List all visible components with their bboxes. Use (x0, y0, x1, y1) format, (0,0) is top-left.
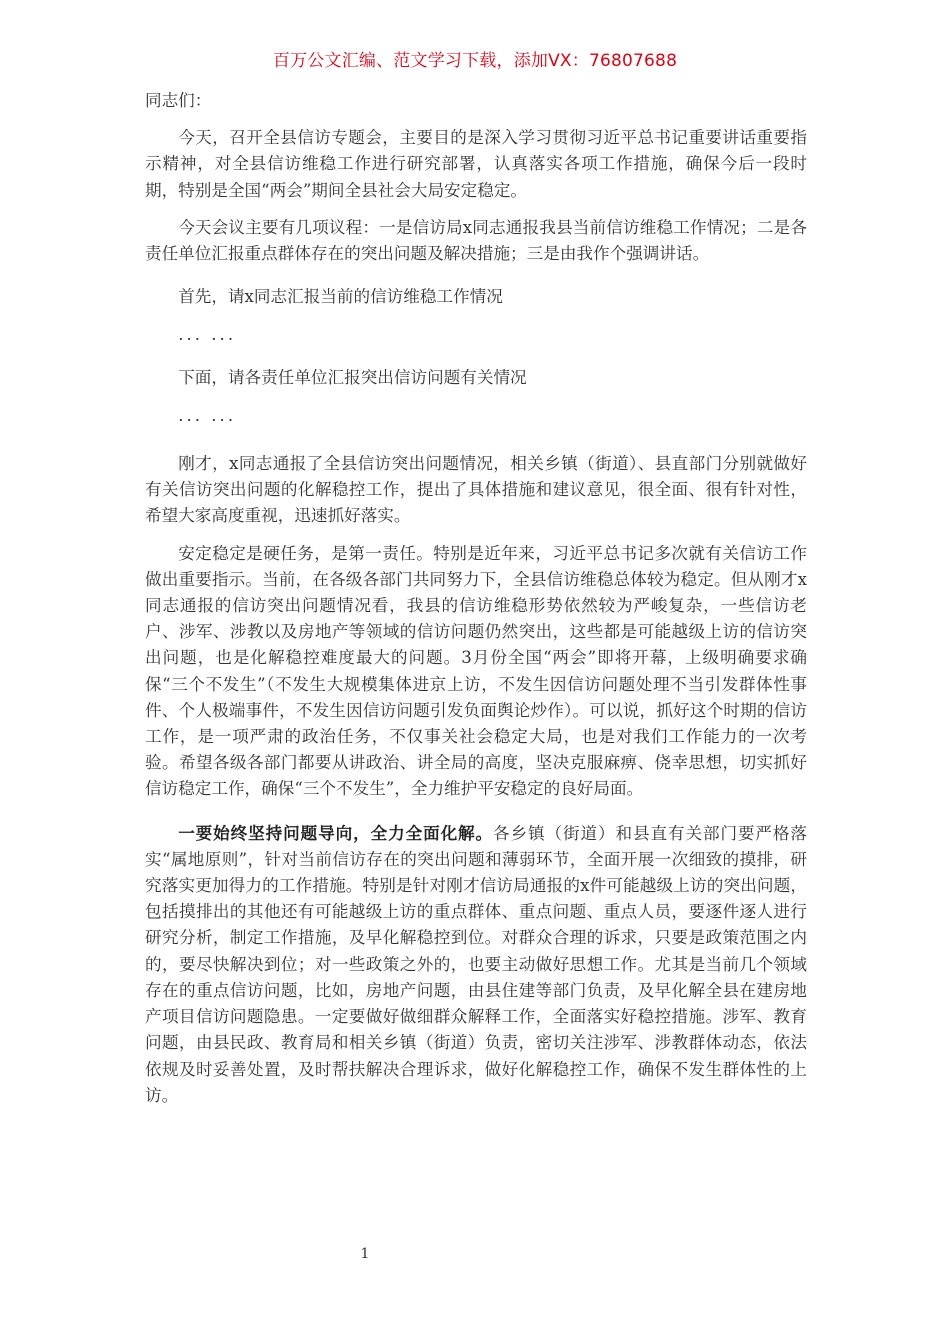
ellipsis-2: ··· ··· (145, 408, 807, 434)
paragraph-intro: 今天，召开全县信访专题会，主要目的是深入学习贯彻习近平总书记重要讲话重要指示精神… (145, 125, 807, 204)
point-1-heading: 一要始终坚持问题导向，全力全面化解。 (178, 823, 493, 843)
promo-banner: 百万公文汇编、范文学习下载，添加VX：76807688 (0, 46, 950, 71)
paragraph-next-report: 下面，请各责任单位汇报突出信访问题有关情况 (145, 365, 807, 391)
paragraph-summary: 刚才，x同志通报了全县信访突出问题情况，相关乡镇（街道）、县直部门分别就做好有关… (145, 451, 807, 530)
ellipsis-1: ··· ··· (145, 327, 807, 353)
page-number: 1 (360, 1246, 370, 1262)
paragraph-first-report: 首先，请x同志汇报当前的信访维稳工作情况 (145, 284, 807, 310)
paragraph-stability: 安定稳定是硬任务，是第一责任。特别是近年来，习近平总书记多次就有关信访工作做出重… (145, 541, 807, 803)
salutation: 同志们： (145, 88, 807, 114)
paragraph-agenda: 今天会议主要有几项议程：一是信访局x同志通报我县当前信访维稳工作情况；二是各责任… (145, 215, 807, 267)
document-page: 百万公文汇编、范文学习下载，添加VX：76807688 同志们： 今天，召开全县… (0, 0, 950, 1344)
document-body: 同志们： 今天，召开全县信访专题会，主要目的是深入学习贯彻习近平总书记重要讲话重… (145, 88, 807, 1120)
paragraph-point-1: 一要始终坚持问题导向，全力全面化解。各乡镇（街道）和县直有关部门要严格落实“属地… (145, 820, 807, 1109)
point-1-body: 各乡镇（街道）和县直有关部门要严格落实“属地原则”，针对当前信访存在的突出问题和… (145, 824, 807, 1105)
